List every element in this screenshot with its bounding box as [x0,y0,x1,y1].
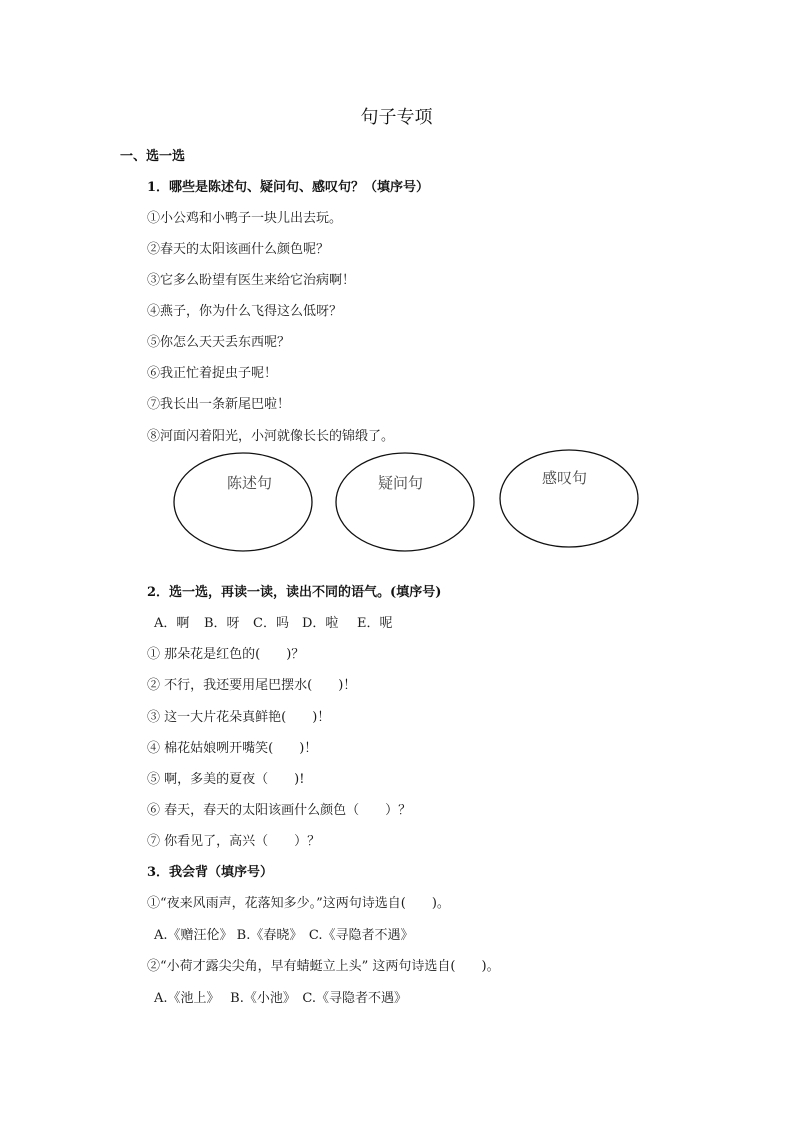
question-2-prompt: 2．选一选，再读一读，读出不同的语气。(填序号) [147,581,441,600]
option-d: D．啦 [302,612,338,631]
poem-options-1: A.《赠汪伦》 B.《春晓》 C.《寻隐者不遇》 [154,924,413,943]
category-ellipse-exclamation[interactable]: 感叹句 [499,449,639,548]
tone-item-3: ③ 这一大片花朵真鲜艳( )！ [147,706,330,725]
tone-item-4: ④ 棉花姑娘咧开嘴笑( )！ [147,737,317,756]
option-b: B．呀 [204,612,240,631]
option-a: A．啊 [154,612,189,631]
poem-question-2: ②“小荷才露尖尖角，早有蜻蜓立上头” 这两句诗选自( )。 [147,955,500,974]
tone-item-5: ⑤ 啊，多美的夏夜（ )! [147,768,304,787]
sentence-3: ③它多么盼望有医生来给它治病啊！ [147,269,355,288]
poem-question-1: ①“夜来风雨声，花落知多少。”这两句诗选自( )。 [147,892,450,911]
ellipse-shape [499,449,639,548]
ellipse-shape [335,452,475,552]
ellipse-label-question: 疑问句 [378,472,423,493]
sentence-4: ④燕子，你为什么飞得这么低呀？ [147,300,342,319]
tone-item-1: ① 那朵花是红色的( )？ [147,643,304,662]
sentence-2: ②春天的太阳该画什么颜色呢？ [147,238,329,257]
tone-item-6: ⑥ 春天，春天的太阳该画什么颜色（ ）？ [147,799,411,818]
page-title-text: 句子专项 [361,103,433,129]
question-1-prompt: 1．哪些是陈述句、疑问句、感叹句？（填序号） [147,176,429,195]
ellipse-label-exclamation: 感叹句 [542,467,587,488]
ellipse-label-statement: 陈述句 [227,472,272,493]
category-ellipse-question[interactable]: 疑问句 [335,452,475,552]
sentence-7: ⑦我长出一条新尾巴啦！ [147,393,290,412]
sentence-8: ⑧河面闪着阳光，小河就像长长的锦缎了。 [147,425,394,444]
sentence-5: ⑤你怎么天天丢东西呢？ [147,331,290,350]
tone-item-7: ⑦ 你看见了，高兴（ ）？ [147,830,320,849]
option-e: E．呢 [357,612,393,631]
section-heading: 一、选一选 [120,145,185,164]
question-3-prompt: 3．我会背（填序号） [147,861,273,880]
poem-options-2: A.《池上》 B.《小池》 C.《寻隐者不遇》 [154,987,407,1006]
sentence-1: ①小公鸡和小鸭子一块儿出去玩。 [147,207,342,226]
page-title: 句子专项 [0,103,793,129]
option-c: C．吗 [253,612,289,631]
ellipse-shape [173,452,313,552]
sentence-6: ⑥我正忙着捉虫子呢！ [147,362,277,381]
category-ellipse-statement[interactable]: 陈述句 [173,452,313,552]
tone-item-2: ② 不行，我还要用尾巴摆水( )！ [147,674,356,693]
